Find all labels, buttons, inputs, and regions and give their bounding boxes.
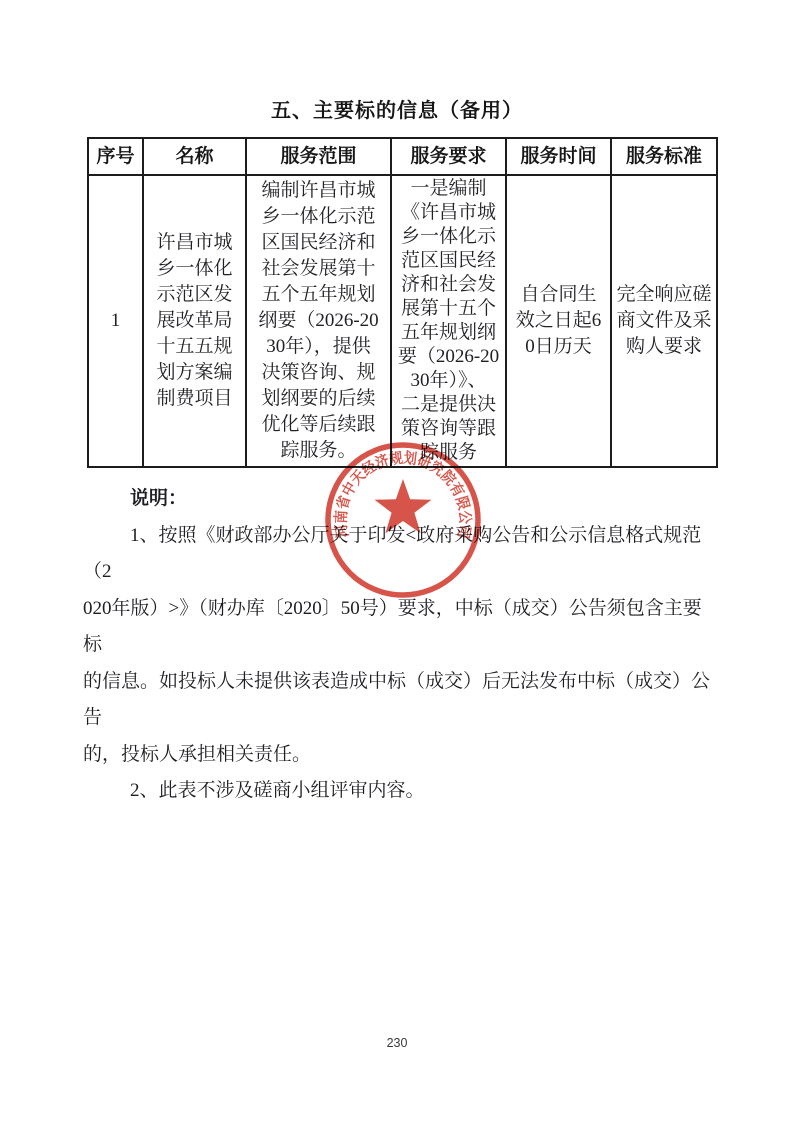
notes-section: 说明： 1、按照《财政部办公厅关于印发<政府采购公告和公示信息格式规范（2 02… xyxy=(83,481,715,810)
header-requirement: 服务要求 xyxy=(391,138,506,175)
table-row: 1 许昌市城 乡一体化 示范区发 展改革局 十五五规 划方案编 制费项目 编制许… xyxy=(88,175,717,467)
cell-service-scope: 编制许昌市城 乡一体化示范 区国民经济和 社会发展第十 五个五年规划 纲要（20… xyxy=(246,175,391,467)
cell-service-time: 自合同生 效之日起6 0日历天 xyxy=(506,175,611,467)
header-standard: 服务标准 xyxy=(611,138,717,175)
header-time: 服务时间 xyxy=(506,138,611,175)
main-info-table: 序号 名称 服务范围 服务要求 服务时间 服务标准 1 许昌市城 乡一体化 示范… xyxy=(87,137,718,468)
cell-service-standard: 完全响应磋 商文件及采 购人要求 xyxy=(611,175,717,467)
cell-service-requirement: 一是编制 《许昌市城 乡一体化示 范区国民经 济和社会发 展第十五个 五年规划纲… xyxy=(391,175,506,467)
header-seq: 序号 xyxy=(88,138,143,175)
cell-project-name: 许昌市城 乡一体化 示范区发 展改革局 十五五规 划方案编 制费项目 xyxy=(143,175,246,467)
header-scope: 服务范围 xyxy=(246,138,391,175)
table-header-row: 序号 名称 服务范围 服务要求 服务时间 服务标准 xyxy=(88,138,717,175)
note-paragraph-1: 1、按照《财政部办公厅关于印发<政府采购公告和公示信息格式规范（2 020年版）… xyxy=(83,518,715,774)
header-name: 名称 xyxy=(143,138,246,175)
cell-seq: 1 xyxy=(88,175,143,467)
note-paragraph-2: 2、此表不涉及磋商小组评审内容。 xyxy=(83,773,715,810)
section-title: 五、主要标的信息（备用） xyxy=(0,94,794,123)
page-number: 230 xyxy=(0,1036,794,1050)
document-page: 五、主要标的信息（备用） 序号 名称 服务范围 服务要求 服务时间 服务标准 1… xyxy=(0,0,794,1123)
notes-label: 说明： xyxy=(83,481,715,518)
